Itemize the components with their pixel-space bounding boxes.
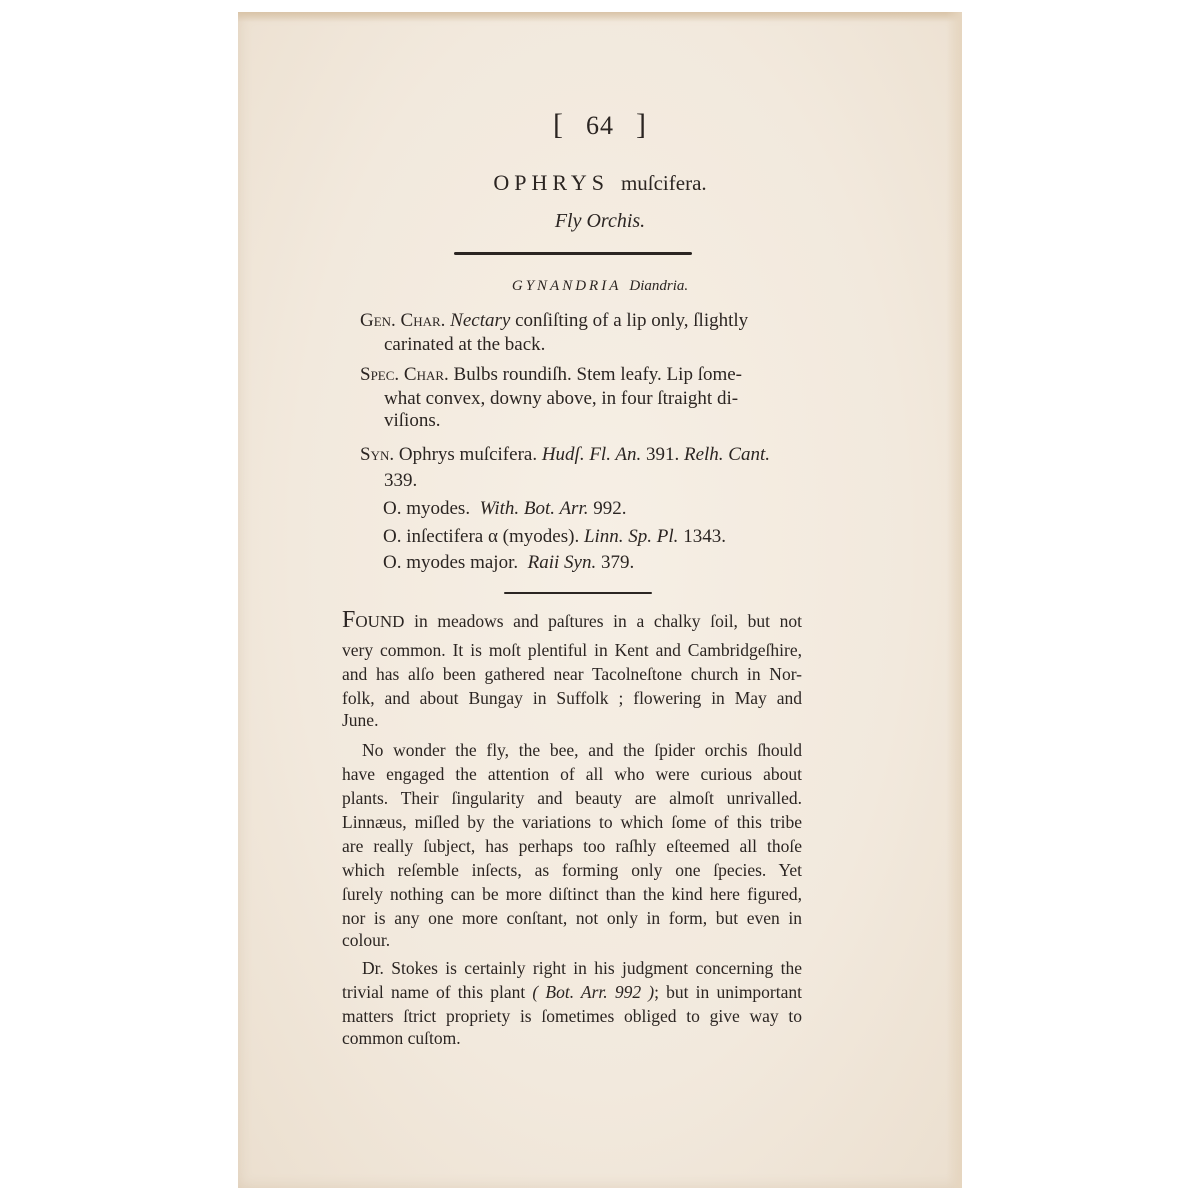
gen-char-line-1: Gen. Char. Nectary conſiſting of a lip o… bbox=[360, 308, 748, 333]
paragraph-1-line-5: June. bbox=[342, 710, 802, 732]
paragraph-3-line-1: Dr. Stokes is certainly right in his jud… bbox=[362, 958, 802, 980]
page-number: [64] bbox=[238, 108, 962, 142]
paragraph-1-line-2: very common. It is moſt plentiful in Ken… bbox=[342, 640, 802, 662]
paragraph-2-line-8: nor is any one more conſtant, not only i… bbox=[342, 908, 802, 930]
paragraph-3-line-2: trivial name of this plant ( Bot. Arr. 9… bbox=[342, 982, 802, 1004]
genus-name: OPHRYS bbox=[493, 170, 609, 195]
paragraph-3-line-4: common cuſtom. bbox=[342, 1028, 802, 1050]
paragraph-1-line-3: and has alſo been gathered near Tacolneſ… bbox=[342, 664, 802, 686]
common-name: Fly Orchis. bbox=[238, 210, 962, 233]
synonym-line-2: O. myodes. With. Bot. Arr. 992. bbox=[383, 496, 627, 521]
synonym-line-1: Syn. Ophrys muſcifera. Hudſ. Fl. An. 391… bbox=[360, 442, 770, 467]
title-rule-divider bbox=[454, 252, 692, 255]
paragraph-2-line-9: colour. bbox=[342, 930, 802, 952]
paragraph-2-line-3: plants. Their ſingularity and beauty are… bbox=[342, 788, 802, 810]
order-name: Diandria. bbox=[629, 278, 688, 294]
paragraph-1-line-4: folk, and about Bungay in Suffolk ; flow… bbox=[342, 688, 802, 710]
paragraph-2-line-7: ſurely nothing can be more diſtinct than… bbox=[342, 884, 802, 906]
paragraph-2-line-4: Linnæus, miſled by the variations to whi… bbox=[342, 812, 802, 834]
spec-char-label: Spec. Char. bbox=[360, 364, 449, 385]
paragraph-3-line-3: matters ſtrict propriety is ſometimes ob… bbox=[342, 1006, 802, 1028]
paragraph-lead-word: Found bbox=[342, 607, 404, 633]
paragraph-2-line-1: No wonder the fly, the bee, and the ſpid… bbox=[362, 740, 802, 762]
paragraph-2-line-6: which reſemble inſects, as forming only … bbox=[342, 860, 802, 882]
linnaean-classification: GYNANDRIADiandria. bbox=[238, 278, 962, 295]
gen-char-line-2: carinated at the back. bbox=[384, 332, 545, 357]
spec-char-line-1: Spec. Char. Bulbs roundiſh. Stem leafy. … bbox=[360, 362, 742, 387]
section-rule-divider bbox=[504, 592, 652, 594]
spec-char-line-3: viſions. bbox=[384, 408, 440, 433]
paragraph-2-line-5: are really ſubject, has perhaps too raſh… bbox=[342, 836, 802, 858]
page-number-value: 64 bbox=[586, 111, 614, 140]
synonym-line-1-cont: 339. bbox=[384, 468, 417, 493]
synonym-line-3: O. inſectifera α (myodes). Linn. Sp. Pl.… bbox=[383, 524, 726, 549]
species-epithet: muſcifera. bbox=[621, 171, 707, 195]
class-name: GYNANDRIA bbox=[512, 278, 622, 294]
paragraph-1-line-1: Found in meadows and paſtures in a chalk… bbox=[342, 610, 802, 633]
species-title: OPHRYSmuſcifera. bbox=[238, 170, 962, 196]
book-page: [64] OPHRYSmuſcifera. Fly Orchis. GYNAND… bbox=[238, 12, 962, 1188]
synonym-line-4: O. myodes major. Raii Syn. 379. bbox=[383, 550, 634, 575]
syn-label: Syn. bbox=[360, 444, 394, 465]
paragraph-2-line-2: have engaged the attention of all who we… bbox=[342, 764, 802, 786]
inline-citation: ( Bot. Arr. 992 ) bbox=[532, 982, 654, 1002]
gen-char-label: Gen. Char. bbox=[360, 310, 445, 331]
